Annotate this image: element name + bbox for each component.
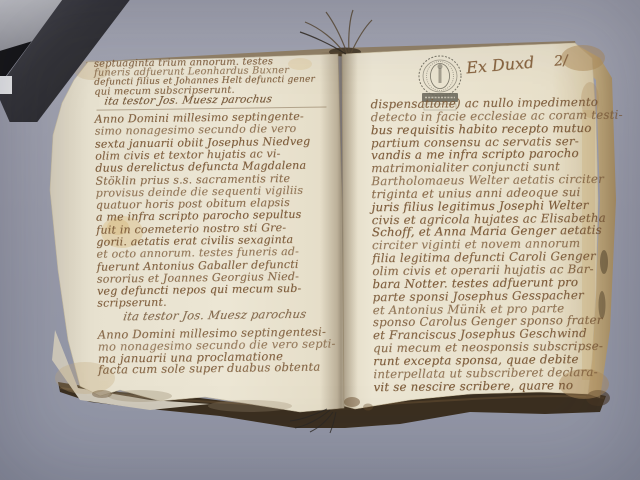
handwriting-line: triginta et unius anni adeoque sui bbox=[371, 186, 597, 201]
handwriting-line: ita testor Jos. Muesz parochus bbox=[104, 94, 336, 107]
left-page-text: septuaginta trium annorum. testesfuneris… bbox=[94, 56, 338, 377]
right-page-text: dispensatione) ac nullo impedimentodetec… bbox=[370, 96, 599, 394]
handwriting-line: interpellata ut subscriberet declara- bbox=[373, 366, 599, 381]
handwriting-line: detecto in facie ecclesiae ac coram test… bbox=[371, 109, 597, 124]
page-number: 2/ bbox=[553, 53, 568, 70]
handwriting-line: ita testor Jos. Muesz parochus bbox=[122, 307, 338, 322]
marriage-entry-start: Anno Domini millesimo septingentesi-mo n… bbox=[98, 326, 339, 377]
handwriting-line: qui mecum et neosponsis subscripse- bbox=[373, 340, 599, 355]
burial-entry: Anno Domini millesimo septingente-simo n… bbox=[95, 110, 338, 322]
handwriting-line: civis et agricola hujates ac Elisabetha bbox=[372, 211, 598, 226]
handwriting-line: olim civis et operarii hujatis ac Bar- bbox=[372, 263, 598, 278]
photo-stage: Ex Duxd2/ septuaginta trium annorum. tes… bbox=[0, 0, 640, 480]
handwriting-line: partium consensu ac servatis ser- bbox=[371, 134, 597, 149]
burial-entry-end: septuaginta trium annorum. testesfuneris… bbox=[94, 56, 335, 106]
